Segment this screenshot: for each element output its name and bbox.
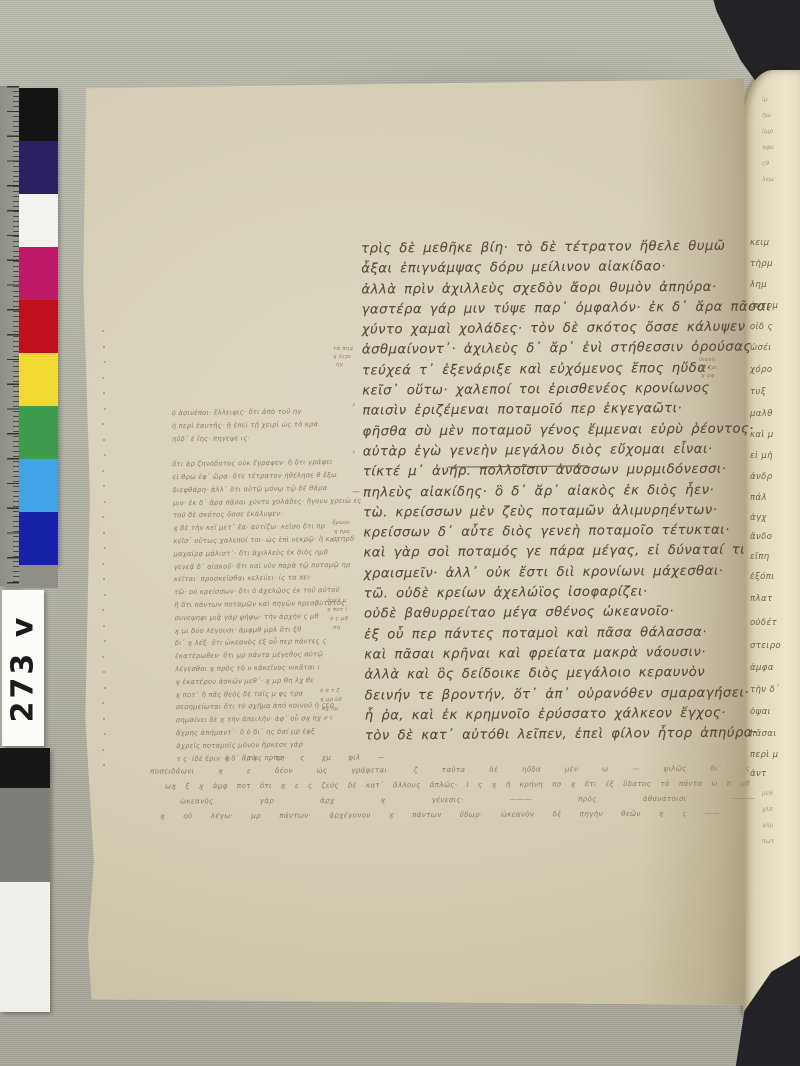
ruler-gray-tail [19,565,58,588]
pricking-hole [104,594,106,596]
color-patch [19,459,58,512]
pricking-hole [104,501,106,503]
pricking-hole [104,408,106,410]
folio-number-label: 273 v [2,590,44,746]
color-calibration-bar [19,88,58,565]
color-patch [19,353,58,406]
pricking-hole [102,609,104,611]
pricking-hole [103,718,105,720]
folio-number-text: 273 v [6,614,41,722]
main-text-block: τρὶς δὲ μεθῆκε βίη· τὸ δὲ τέτρατον ἤθελε… [361,238,757,748]
pricking-hole [103,625,105,627]
pricking-hole [103,532,105,534]
pricking-hole [102,702,104,704]
color-patch [19,406,58,459]
pricking-hole [104,640,106,642]
left-margin-scholia: ὁ ἀσινέποι· ἔλλειψις· ὅτι ἀπὸ τοῦ ηγἡ πε… [172,407,355,768]
pricking-hole [102,749,104,751]
pricking-hole [104,687,106,689]
color-patch [19,300,58,353]
grayscale-calibration-bar [0,748,50,1012]
pricking-hole [102,423,104,425]
grayscale-patch [0,788,50,882]
main-text-line: τὸν δὲ κατ᾽ αὐτόθι λεῖπεν, ἐπεὶ φίλον ἦτ… [365,726,757,749]
color-patch [19,512,58,565]
pricking-hole [104,733,106,735]
grayscale-patch [0,882,50,1012]
grayscale-patch [0,748,50,788]
color-patch [19,88,58,141]
manuscript-photo: 273 v τρὶς δὲ μεθῆκε βίη· τὸ δὲ τέτρατον… [0,0,800,1066]
pricking-hole [103,578,105,580]
pricking-hole [103,392,105,394]
color-patch [19,141,58,194]
pricking-hole [102,470,104,472]
pricking-hole [102,330,104,332]
pricking-hole [103,346,105,348]
pricking-hole [103,764,105,766]
pricking-hole [104,361,106,363]
pricking-hole [104,454,106,456]
pricking-hole [103,485,105,487]
pricking-hole [103,671,105,673]
color-patch [19,194,58,247]
pricking-hole [104,547,106,549]
measuring-ruler [0,86,19,586]
pricking-hole [103,439,105,441]
pricking-hole [102,516,104,518]
pricking-hole [102,377,104,379]
scholia-line: τ ς· ἰδὲ ἔριν· ὁ δ᾽ ἄρ φς πρ τη· [176,752,354,767]
pricking-hole [102,563,104,565]
pricking-hole [102,656,104,658]
color-patch [19,247,58,300]
